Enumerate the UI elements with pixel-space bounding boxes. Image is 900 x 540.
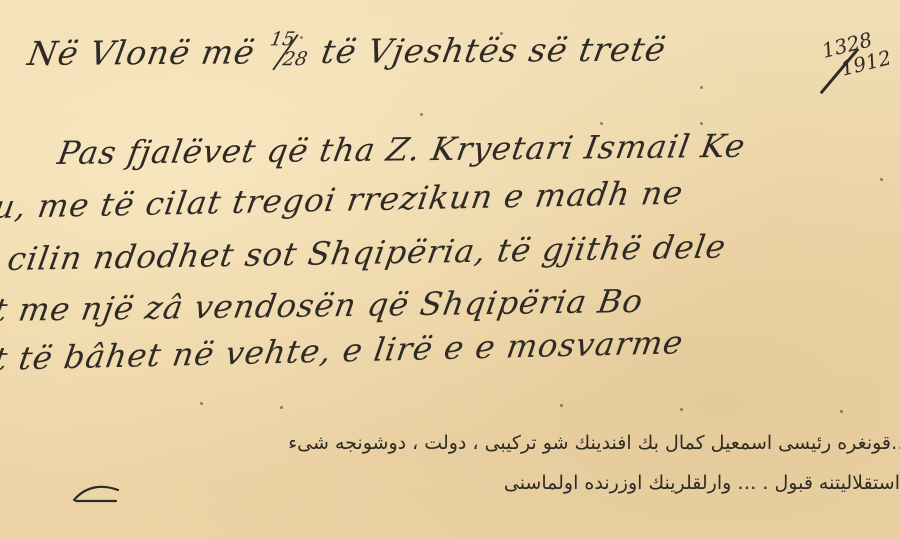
- document-page: Në Vlonë më 15 28 të Vjeshtës së tretë 1…: [0, 0, 900, 540]
- ink-speck: [700, 122, 703, 125]
- ink-speck: [880, 178, 883, 181]
- albanian-line-3: cilin ndodhet sot Shqipëria, të gjithë d…: [5, 228, 729, 278]
- albanian-line-2: u, me të cilat tregoi rrezikun e madh ne: [0, 174, 686, 226]
- albanian-line-4: t me një zâ vendosën që Shqipëria Bo: [0, 282, 646, 329]
- ottoman-line-2: استقلالیتنه قبول . … وارلقلرینك اوزرنده …: [504, 472, 900, 494]
- signature-flourish-icon: [72, 480, 120, 504]
- ink-speck: [700, 86, 703, 89]
- ink-speck: [600, 122, 603, 125]
- ink-speck: [680, 408, 683, 411]
- ink-speck: [280, 406, 283, 409]
- heading-place: Në Vlonë më: [25, 32, 258, 73]
- document-heading: Në Vlonë më 15 28 të Vjeshtës së tretë: [24, 30, 669, 76]
- ink-speck: [420, 113, 423, 116]
- albanian-line-1: Pas fjalëvet që tha Z. Kryetari Ismail K…: [55, 127, 749, 172]
- ink-speck: [840, 410, 843, 413]
- heading-month: të Vjeshtës së tretë: [319, 30, 670, 71]
- albanian-line-5: t të bâhet në vehte, e lirë e e mosvarme: [0, 323, 686, 378]
- heading-year: 1328 1912: [820, 25, 894, 83]
- heading-day-fraction: 15 28: [262, 34, 313, 74]
- ink-speck: [560, 404, 563, 407]
- ink-speck: [200, 402, 203, 405]
- day-new-style: 28: [281, 48, 309, 70]
- ottoman-line-1: …قونغره رئیسی اسمعیل کمال بك افندینك شو …: [288, 432, 900, 454]
